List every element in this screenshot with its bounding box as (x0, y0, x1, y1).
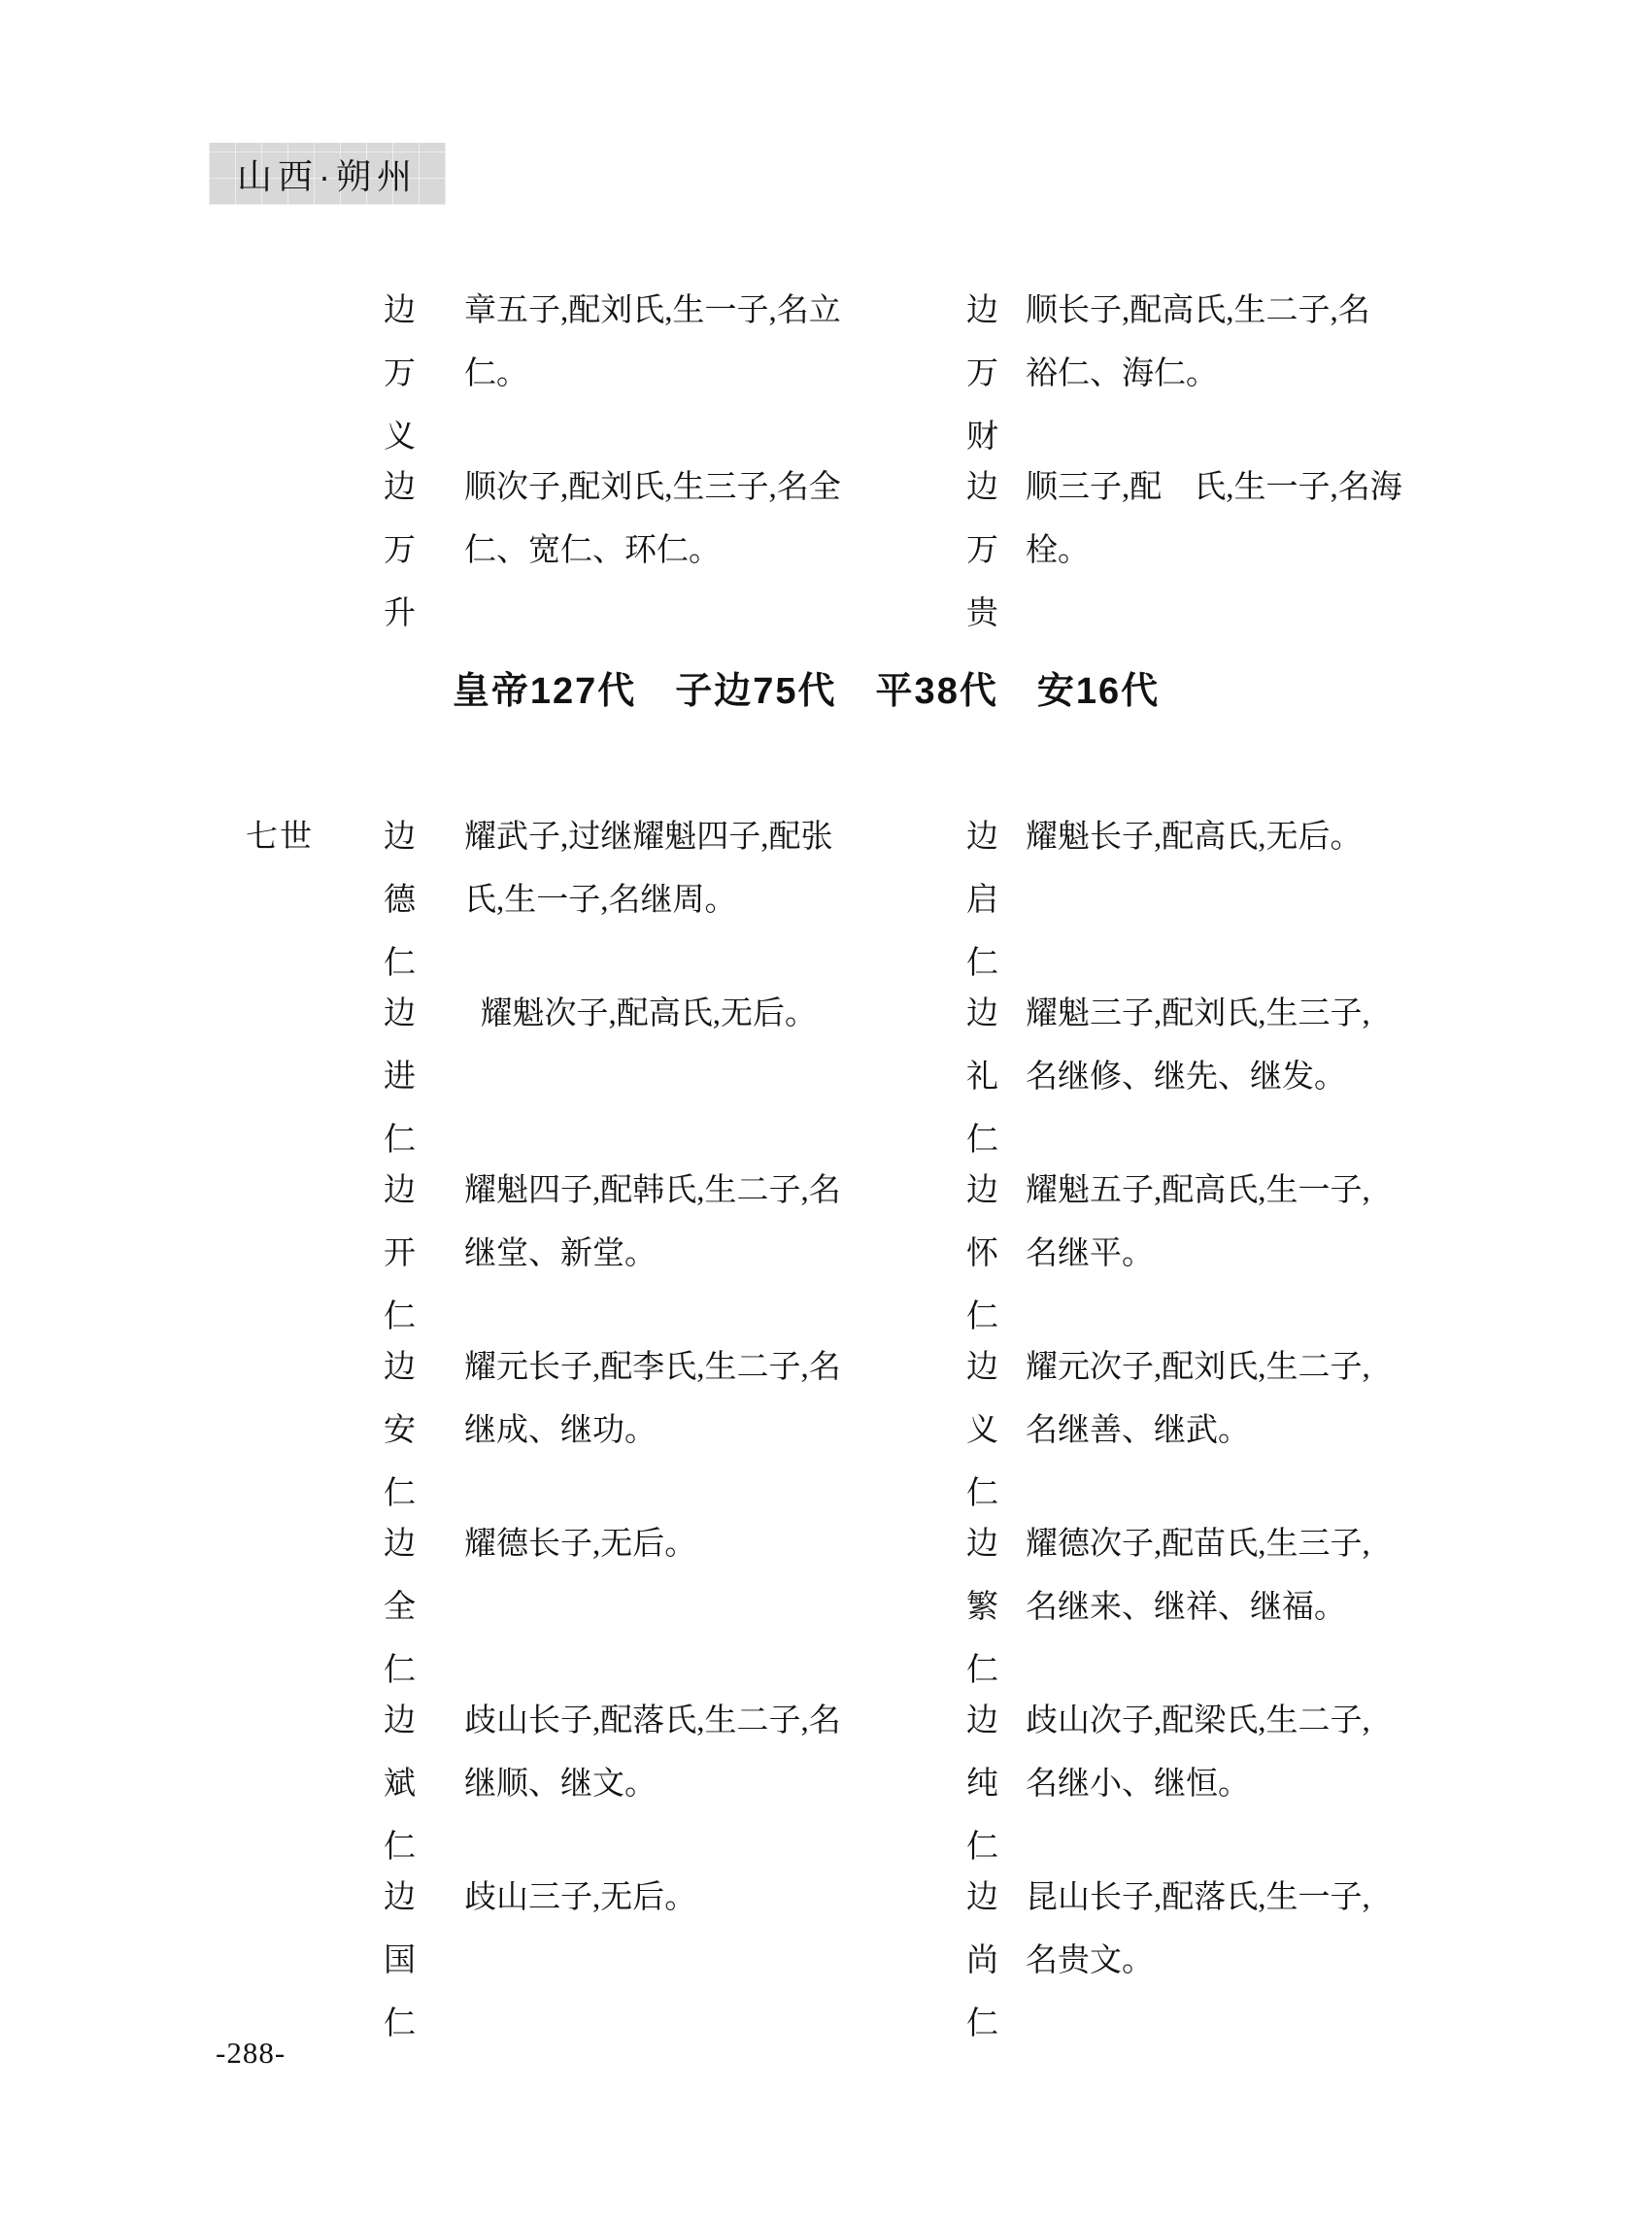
entry-text: 昆山长子,配落氏,生一子, 名贵文。 (1026, 1867, 1511, 1993)
entry: 边德仁 耀武子,过继耀魁四子,配张 氏,生一子,名继周。 (384, 806, 921, 995)
entry-text: 耀魁三子,配刘氏,生三子, 名继修、继先、继发。 (1026, 983, 1511, 1109)
entry-name: 边斌仁 (384, 1690, 419, 1879)
pre-section-rows: 边万义 章五子,配刘氏,生一子,名立 仁。 边万财 顺长子,配高氏,生二子,名 … (0, 280, 1652, 633)
page-number: -288- (216, 2036, 286, 2071)
entry-text: 耀德长子,无后。 (464, 1513, 921, 1576)
table-row: 边进仁 耀魁次子,配高氏,无后。 边礼仁 耀魁三子,配刘氏,生三子, 名继修、继… (0, 983, 1652, 1160)
entry: 边义仁 耀元次子,配刘氏,生二子, 名继善、继武。 (966, 1336, 1511, 1526)
entry: 边全仁 耀德长子,无后。 (384, 1513, 921, 1703)
entry-text: 歧山三子,无后。 (464, 1867, 921, 1930)
entry-name: 边繁仁 (966, 1513, 1001, 1703)
entry-text: 耀德次子,配苗氏,生三子, 名继来、继祥、继福。 (1026, 1513, 1511, 1639)
entry-name: 边义仁 (966, 1336, 1001, 1526)
entry: 边礼仁 耀魁三子,配刘氏,生三子, 名继修、继先、继发。 (966, 983, 1511, 1172)
entry-name: 边启仁 (966, 806, 1001, 995)
entry-name: 边尚仁 (966, 1867, 1001, 2056)
table-row: 边万义 章五子,配刘氏,生一子,名立 仁。 边万财 顺长子,配高氏,生二子,名 … (0, 280, 1652, 456)
entry: 边怀仁 耀魁五子,配高氏,生一子, 名继平。 (966, 1160, 1511, 1349)
generation-section: 七世 边德仁 耀武子,过继耀魁四子,配张 氏,生一子,名继周。 边启仁 耀魁长子… (0, 806, 1652, 2043)
region-badge: 山西·朔州 (209, 143, 446, 205)
entry-name: 边万义 (384, 280, 419, 469)
entry: 边万升 顺次子,配刘氏,生三子,名全 仁、宽仁、环仁。 (384, 456, 921, 646)
entry: 边万贵 顺三子,配 氏,生一子,名海 栓。 (966, 456, 1511, 646)
entry-name: 边开仁 (384, 1160, 419, 1349)
entry-text: 耀武子,过继耀魁四子,配张 氏,生一子,名继周。 (464, 806, 921, 932)
entry-text: 耀元次子,配刘氏,生二子, 名继善、继武。 (1026, 1336, 1511, 1463)
genealogy-page: 山西·朔州 边万义 章五子,配刘氏,生一子,名立 仁。 边万财 顺长子,配高氏,… (0, 0, 1652, 2226)
entry-text: 耀魁五子,配高氏,生一子, 名继平。 (1026, 1160, 1511, 1286)
table-row: 边万升 顺次子,配刘氏,生三子,名全 仁、宽仁、环仁。 边万贵 顺三子,配 氏,… (0, 456, 1652, 633)
entry-name: 边安仁 (384, 1336, 419, 1526)
entry-name: 边万升 (384, 456, 419, 646)
generation-label: 七世 (246, 806, 384, 869)
region-badge-label: 山西·朔州 (237, 150, 418, 199)
entry: 边开仁 耀魁四子,配韩氏,生二子,名 继堂、新堂。 (384, 1160, 921, 1349)
entry-name: 边怀仁 (966, 1160, 1001, 1349)
entry-name: 边礼仁 (966, 983, 1001, 1172)
entry: 边国仁 歧山三子,无后。 (384, 1867, 921, 2056)
entry: 边万财 顺长子,配高氏,生二子,名 裕仁、海仁。 (966, 280, 1511, 469)
entry-name: 边进仁 (384, 983, 419, 1172)
entry: 边斌仁 歧山长子,配落氏,生二子,名 继顺、继文。 (384, 1690, 921, 1879)
entry-text: 顺长子,配高氏,生二子,名 裕仁、海仁。 (1026, 280, 1511, 406)
entry: 边安仁 耀元长子,配李氏,生二子,名 继成、继功。 (384, 1336, 921, 1526)
entry-text: 歧山长子,配落氏,生二子,名 继顺、继文。 (464, 1690, 921, 1816)
entry-name: 边万财 (966, 280, 1001, 469)
entry: 边启仁 耀魁长子,配高氏,无后。 (966, 806, 1511, 995)
entry: 边进仁 耀魁次子,配高氏,无后。 (384, 983, 921, 1172)
table-row: 边安仁 耀元长子,配李氏,生二子,名 继成、继功。 边义仁 耀元次子,配刘氏,生… (0, 1336, 1652, 1513)
entry-text: 耀魁次子,配高氏,无后。 (464, 983, 921, 1046)
entry-text: 耀元长子,配李氏,生二子,名 继成、继功。 (464, 1336, 921, 1463)
entry: 边纯仁 歧山次子,配梁氏,生二子, 名继小、继恒。 (966, 1690, 1511, 1879)
entry-name: 边德仁 (384, 806, 419, 995)
table-row: 边全仁 耀德长子,无后。 边繁仁 耀德次子,配苗氏,生三子, 名继来、继祥、继福… (0, 1513, 1652, 1690)
table-row: 边国仁 歧山三子,无后。 边尚仁 昆山长子,配落氏,生一子, 名贵文。 (0, 1867, 1652, 2043)
entry: 边万义 章五子,配刘氏,生一子,名立 仁。 (384, 280, 921, 469)
entry-text: 耀魁长子,配高氏,无后。 (1026, 806, 1511, 869)
entry-text: 章五子,配刘氏,生一子,名立 仁。 (464, 280, 921, 406)
entry-name: 边国仁 (384, 1867, 419, 2056)
entry-name: 边纯仁 (966, 1690, 1001, 1879)
entry-name: 边万贵 (966, 456, 1001, 646)
entry-text: 歧山次子,配梁氏,生二子, 名继小、继恒。 (1026, 1690, 1511, 1816)
section-heading: 皇帝127代 子边75代 平38代 安16代 (0, 660, 1612, 724)
table-row: 七世 边德仁 耀武子,过继耀魁四子,配张 氏,生一子,名继周。 边启仁 耀魁长子… (0, 806, 1652, 983)
table-row: 边开仁 耀魁四子,配韩氏,生二子,名 继堂、新堂。 边怀仁 耀魁五子,配高氏,生… (0, 1160, 1652, 1336)
entry: 边尚仁 昆山长子,配落氏,生一子, 名贵文。 (966, 1867, 1511, 2056)
entry-text: 顺三子,配 氏,生一子,名海 栓。 (1026, 456, 1511, 583)
table-row: 边斌仁 歧山长子,配落氏,生二子,名 继顺、继文。 边纯仁 歧山次子,配梁氏,生… (0, 1690, 1652, 1867)
entry-text: 顺次子,配刘氏,生三子,名全 仁、宽仁、环仁。 (464, 456, 921, 583)
entry-text: 耀魁四子,配韩氏,生二子,名 继堂、新堂。 (464, 1160, 921, 1286)
entry-name: 边全仁 (384, 1513, 419, 1703)
entry: 边繁仁 耀德次子,配苗氏,生三子, 名继来、继祥、继福。 (966, 1513, 1511, 1703)
